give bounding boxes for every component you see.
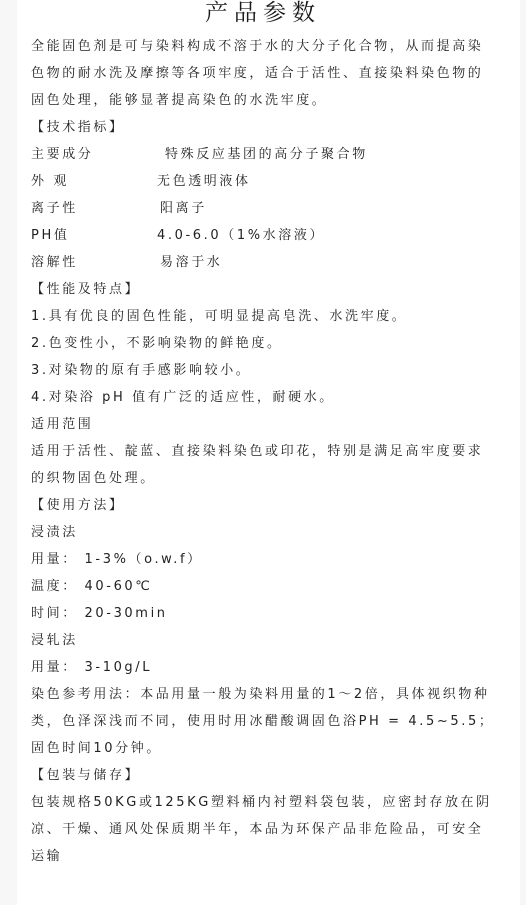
scope-line: 的织物固色处理。 <box>31 470 156 488</box>
feature-item: 1.具有优良的固色性能，可明显提高皂洗、水洗牢度。 <box>31 308 407 326</box>
spec-value: 阳离子 <box>160 200 207 218</box>
packaging-line: 运输 <box>31 848 62 866</box>
spec-value: 无色透明液体 <box>157 173 251 191</box>
dip-temperature: 温度： 40-60℃ <box>31 578 153 596</box>
dip-time: 时间： 20-30min <box>31 605 168 623</box>
spec-value: 特殊反应基团的高分子聚合物 <box>165 146 368 164</box>
feature-item: 2.色变性小，不影响染物的鲜艳度。 <box>31 335 283 353</box>
spec-label: 离子性 <box>31 200 78 218</box>
spec-label: 主要成分 <box>31 146 93 164</box>
document-page: 产品参数 全能固色剂是可与染料构成不溶于水的大分子化合物，从而提高染 色物的耐水… <box>17 0 520 905</box>
intro-line: 全能固色剂是可与染料构成不溶于水的大分子化合物，从而提高染 <box>31 38 483 56</box>
page-title: 产品参数 <box>0 0 526 28</box>
feature-item: 3.对染物的原有手感影响较小。 <box>31 362 251 380</box>
spec-label: 外 观 <box>31 173 69 191</box>
usage-heading: 【使用方法】 <box>31 497 125 515</box>
spec-label: 溶解性 <box>31 254 78 272</box>
spec-label: PH值 <box>31 227 69 245</box>
dip-dosage: 用量： 1-3%（o.w.f） <box>31 551 203 569</box>
reference-line: 固色时间10分钟。 <box>31 740 162 758</box>
packaging-line: 包装规格50KG或125KG塑料桶内衬塑料袋包装，应密封存放在阴 <box>31 794 492 812</box>
packaging-line: 凉、干燥、通风处保质期半年，本品为环保产品非危险品，可安全 <box>31 821 483 839</box>
dip-method-heading: 浸渍法 <box>31 524 78 542</box>
pad-method-heading: 浸轧法 <box>31 632 78 650</box>
packaging-heading: 【包装与储存】 <box>31 767 140 785</box>
tech-spec-heading: 【技术指标】 <box>31 119 125 137</box>
spec-value: 易溶于水 <box>160 254 222 272</box>
scope-heading: 适用范围 <box>31 416 93 434</box>
reference-line: 类，色泽深浅而不同，使用时用冰醋酸调固色浴PH = 4.5~5.5； <box>31 713 494 731</box>
pad-dosage: 用量： 3-10g/L <box>31 659 152 677</box>
scope-line: 适用于活性、靛蓝、直接染料染色或印花，特别是满足高牢度要求 <box>31 443 483 461</box>
intro-line: 色物的耐水洗及摩擦等各项牢度，适合于活性、直接染料染色物的 <box>31 65 483 83</box>
spec-value: 4.0-6.0（1%水溶液） <box>157 227 325 245</box>
features-heading: 【性能及特点】 <box>31 281 140 299</box>
reference-line: 染色参考用法：本品用量一般为染料用量的1～2倍，具体视织物种 <box>31 686 490 704</box>
intro-line: 固色处理，能够显著提高染色的水洗牢度。 <box>31 92 327 110</box>
feature-item: 4.对染浴 pH 值有广泛的适应性，耐硬水。 <box>31 389 335 407</box>
